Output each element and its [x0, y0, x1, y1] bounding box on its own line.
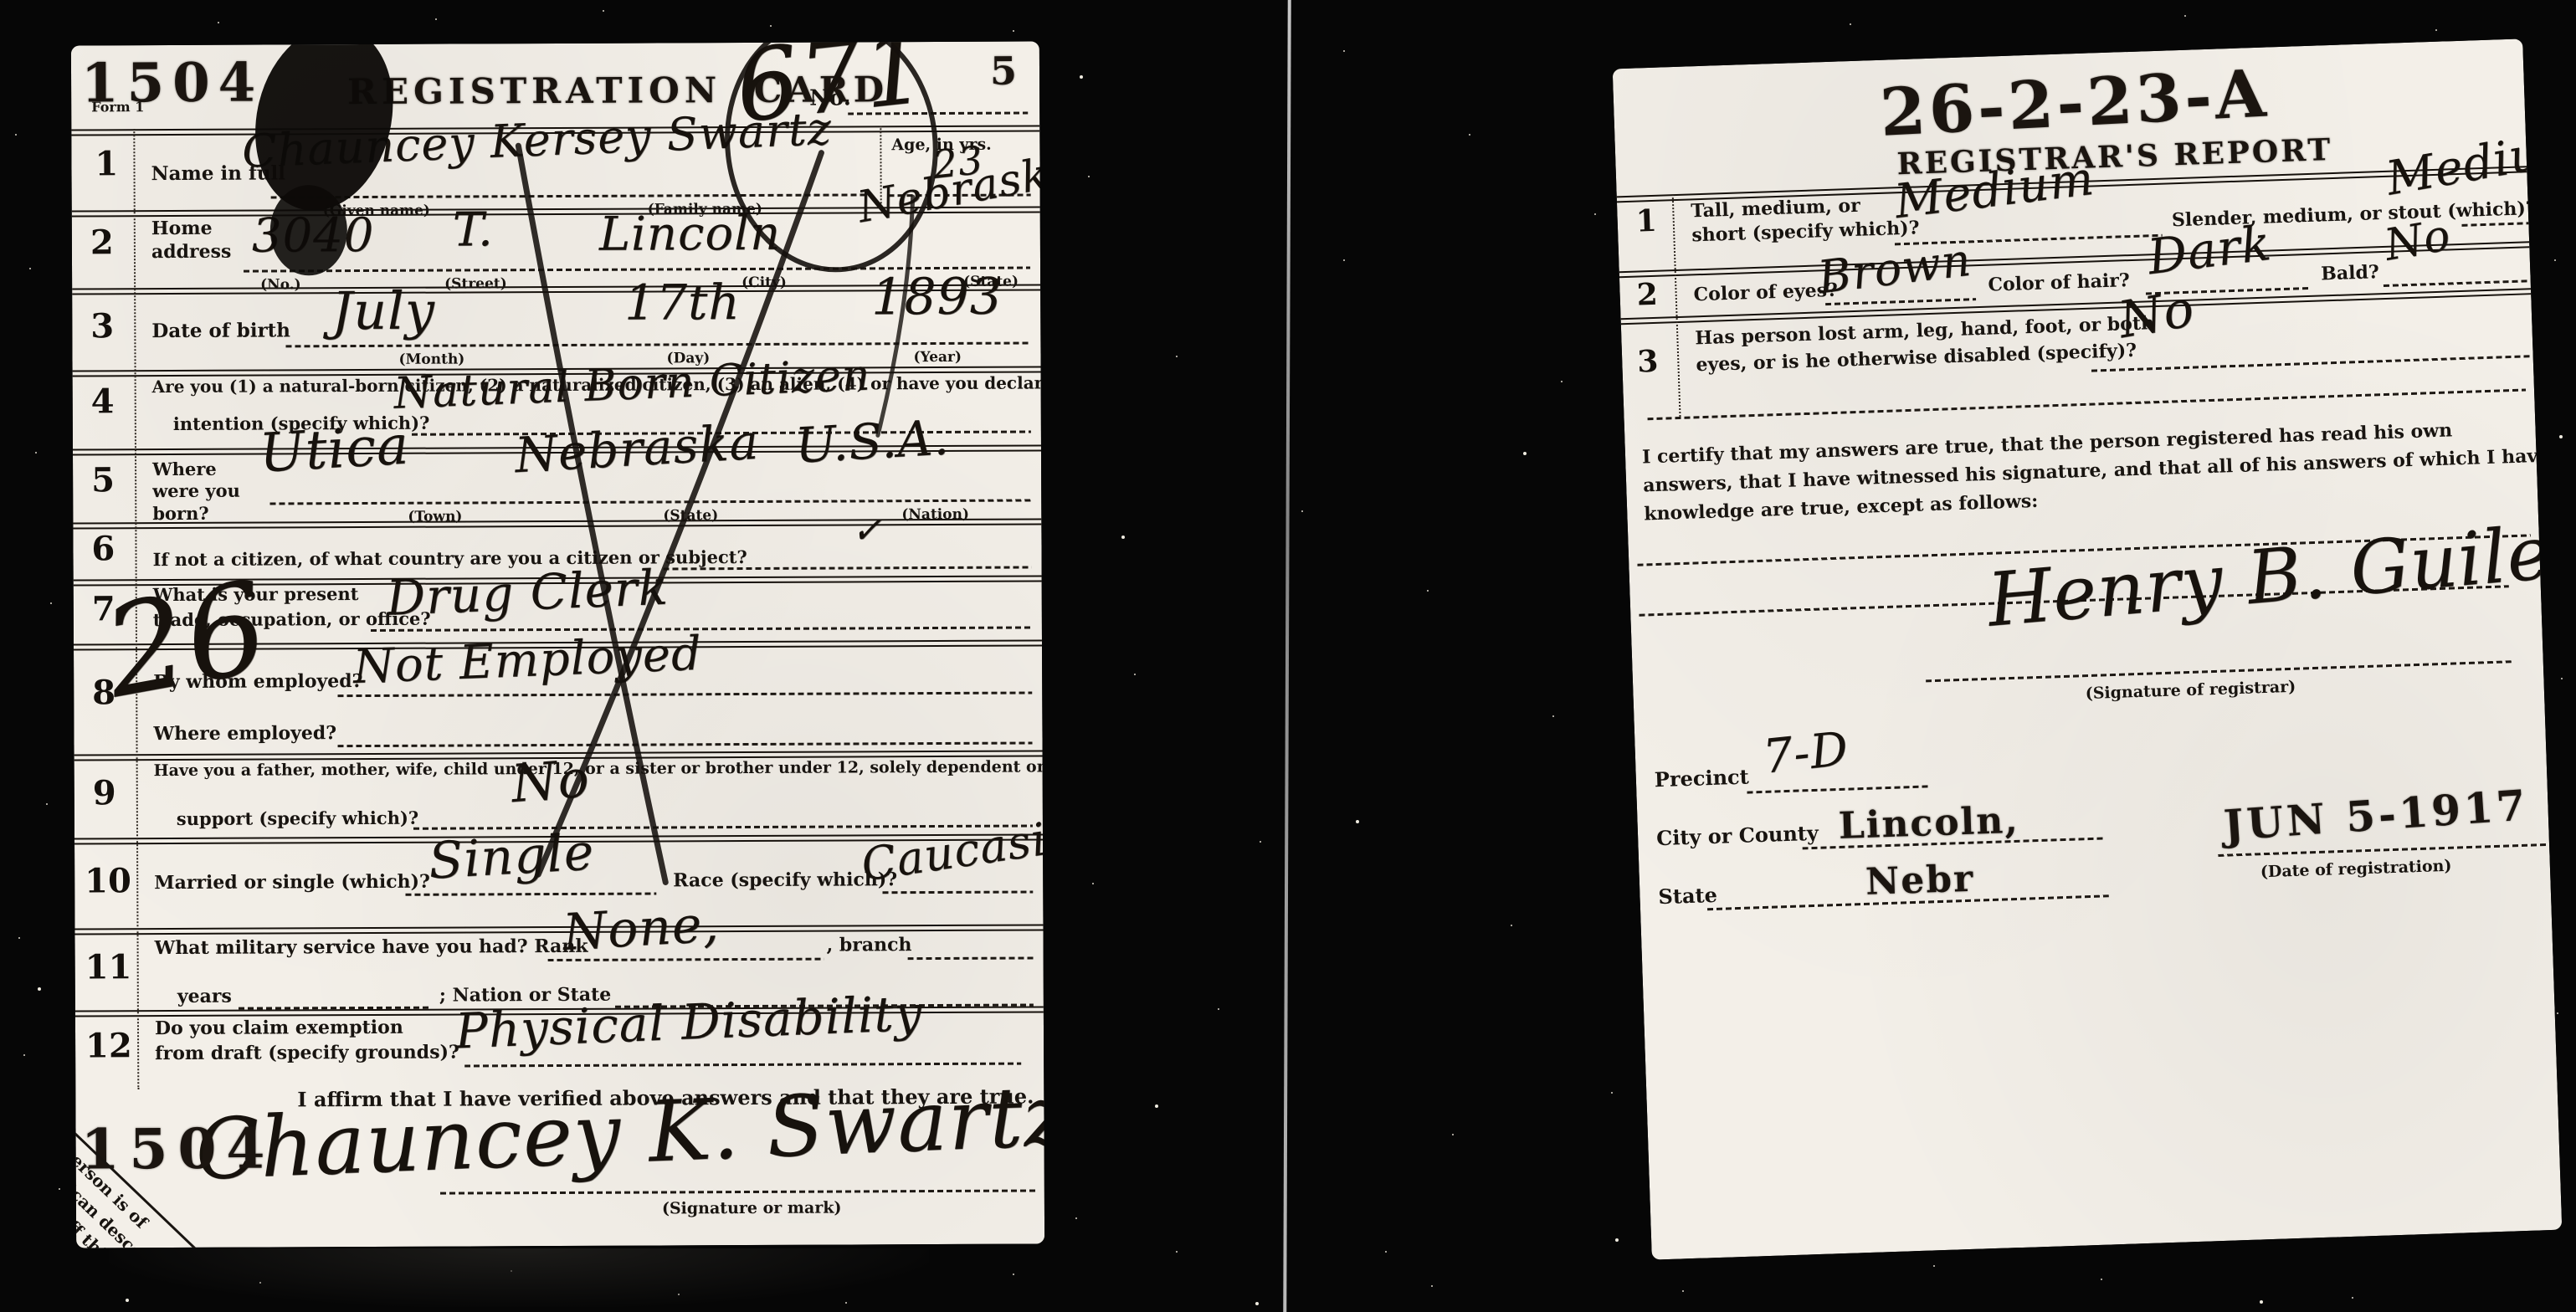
exemption-label-line1: Do you claim exemption	[155, 1017, 403, 1039]
eye-color-label: Color of eyes?	[1693, 279, 1838, 306]
years-label: years	[177, 986, 232, 1007]
birth-nation-value: U.S.A.	[793, 408, 951, 474]
city-or-county-label: City or County	[1656, 821, 1819, 850]
address-city-value: Lincoln	[599, 207, 782, 262]
row-number: 12	[85, 1026, 132, 1065]
dotted-line	[338, 742, 1033, 748]
state-sublabel: (State)	[663, 507, 718, 524]
dotted-line	[285, 342, 1030, 348]
serial-number-stamp: 1504	[81, 52, 264, 115]
dotted-line	[271, 193, 872, 198]
address-street-value: T.	[453, 202, 494, 257]
dotted-line	[882, 891, 1033, 894]
dotted-line	[908, 957, 1034, 961]
birth-year-value: 1893	[871, 268, 1003, 327]
page-number: 5	[990, 49, 1017, 94]
dotted-line	[1747, 785, 1931, 793]
dotted-line	[2461, 222, 2528, 227]
dotted-line	[2384, 279, 2531, 287]
row-number: 4	[91, 382, 115, 421]
scanned-microfilm-background: Form 1 1504 REGISTRATION CARD No. 5 671 …	[0, 0, 2576, 1312]
dotted-line	[1926, 660, 2512, 682]
birth-day-value: 17th	[624, 274, 741, 331]
row-number: 2	[90, 223, 114, 262]
hair-color-label: Color of hair?	[1988, 269, 2130, 296]
scan-artifact	[109, 1248, 929, 1307]
margin-pen-note: 26	[94, 555, 279, 727]
dotted-line	[269, 500, 1031, 505]
race-value: Caucasian	[858, 804, 1044, 891]
city-sublabel: (City)	[741, 274, 787, 291]
date-of-birth-label: Date of birth	[151, 319, 290, 342]
eye-color-value: Brown	[1815, 233, 1974, 305]
dependents-question-line2: support (specify which)?	[177, 807, 418, 829]
employer-value: Not Employed	[352, 627, 703, 694]
disability-value: No	[2114, 279, 2199, 351]
bald-value: No	[2381, 210, 2455, 271]
dependents-value: No	[509, 747, 592, 814]
town-sublabel: (Town)	[408, 508, 462, 525]
street-sublabel: (Street)	[444, 275, 507, 292]
row-number: 6	[91, 529, 115, 568]
row-number: 1	[95, 144, 118, 183]
precinct-value: 7-D	[1760, 722, 1851, 785]
nation-sublabel: (Nation)	[901, 506, 969, 523]
date-of-registration-sublabel: (Date of registration)	[2260, 857, 2452, 882]
dependents-question-line1: Have you a father, mother, wife, child u…	[154, 757, 1045, 780]
pen-check-mark: ✓	[851, 509, 883, 551]
dotted-line	[405, 892, 656, 895]
registration-date-stamp: JUN 5-1917	[2222, 780, 2530, 850]
home-address-label: Home address	[151, 218, 235, 264]
registrars-report-card: 26-2-23-A REGISTRAR'S REPORT 1 Tall, med…	[1613, 38, 2563, 1259]
signature-sublabel: (Signature or mark)	[662, 1199, 842, 1218]
certification-line3: knowledge are true, except as follows:	[1644, 490, 2039, 525]
birth-town-value: Utica	[258, 415, 411, 485]
military-service-label: What military service have you had? Rank	[155, 935, 588, 959]
row-number: 10	[85, 861, 131, 900]
dotted-line	[664, 566, 1032, 571]
dotted-line	[371, 627, 1032, 632]
dotted-line	[2091, 355, 2533, 372]
dotted-line	[440, 1190, 1039, 1195]
exemption-label-line2: from draft (specify grounds)?	[155, 1042, 459, 1065]
birth-state-value: Nebraska	[513, 413, 760, 484]
married-single-label: Married or single (which)?	[154, 871, 430, 894]
birth-month-value: July	[331, 280, 435, 342]
dotted-line	[337, 692, 1032, 698]
dotted-line	[464, 1063, 1021, 1068]
hair-color-value: Dark	[2144, 214, 2274, 285]
rank-value: None,	[562, 894, 721, 961]
row-number: 1	[1635, 203, 1657, 239]
name-value: Chauncey Kersey Swartz	[241, 102, 833, 178]
dotted-line	[1648, 388, 2527, 420]
dust-specks	[0, 0, 3, 3]
row-number: 3	[90, 306, 114, 346]
employment-place-label: Where employed?	[153, 722, 336, 745]
bald-label: Bald?	[2321, 261, 2379, 284]
build-height-label-line1: Tall, medium, or	[1691, 195, 1860, 223]
row-number: 2	[1636, 277, 1658, 313]
state-value-stamp: Nebr	[1865, 858, 1975, 904]
branch-label: , branch	[827, 934, 912, 956]
city-value-stamp: Lincoln,	[1838, 799, 2019, 848]
state-label: State	[1658, 883, 1717, 909]
column-divider	[1672, 194, 1681, 417]
row-number: 5	[91, 460, 115, 500]
month-sublabel: (Month)	[398, 351, 464, 367]
registration-card: Form 1 1504 REGISTRATION CARD No. 5 671 …	[71, 41, 1044, 1248]
registrar-signature: Henry B. Guile	[1984, 509, 2555, 643]
year-sublabel: (Year)	[913, 349, 962, 366]
trade-value: Drug Clerk	[385, 559, 670, 627]
address-no-value: 3040	[252, 208, 375, 264]
birthplace-label: Where were you born?	[152, 459, 265, 525]
registrar-signature-sublabel: (Signature of registrar)	[2085, 678, 2296, 703]
row-number: 11	[85, 947, 132, 987]
build-height-label-line2: short (specify which)?	[1691, 217, 1920, 246]
build-value: Medium	[2382, 118, 2562, 206]
film-seam	[1283, 0, 1291, 1312]
no-sublabel: (No.)	[260, 276, 301, 293]
precinct-label: Precinct	[1654, 764, 1749, 792]
married-single-value: Single	[427, 823, 596, 891]
serial-number-stamp-bottom: 1504	[80, 1115, 275, 1181]
row-number: 3	[1637, 344, 1659, 380]
row-number: 9	[93, 773, 116, 812]
